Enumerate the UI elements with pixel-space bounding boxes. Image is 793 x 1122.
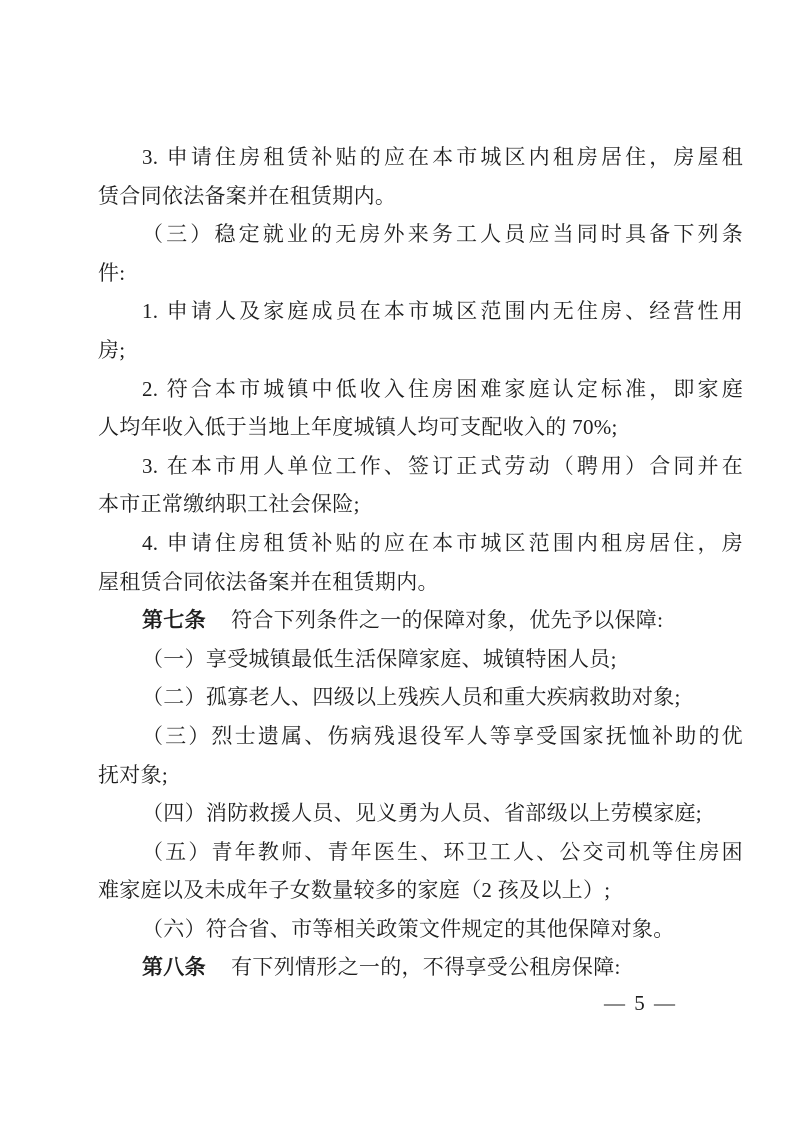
text-line: （六）符合省、市等相关政策文件规定的其他保障对象。 [98, 910, 743, 949]
paragraph: 2. 符合本市城镇中低收入住房困难家庭认定标准，即家庭人均年收入低于当地上年度城… [98, 370, 743, 447]
paragraph: （二）孤寡老人、四级以上残疾人员和重大疾病救助对象; [98, 678, 743, 717]
text-line: 1. 申请人及家庭成员在本市城区范围内无住房、经营性用 [98, 292, 743, 331]
text-line: （四）消防救援人员、见义勇为人员、省部级以上劳模家庭; [98, 794, 743, 833]
text-line: 3. 在本市用人单位工作、签订正式劳动（聘用）合同并在 [98, 447, 743, 486]
article-paragraph: 第八条有下列情形之一的，不得享受公租房保障: [98, 948, 743, 987]
text-line: 第八条有下列情形之一的，不得享受公租房保障: [98, 948, 743, 987]
article-paragraph: 第七条符合下列条件之一的保障对象，优先予以保障: [98, 601, 743, 640]
text-line: 抚对象; [98, 756, 743, 795]
text-line: （五）青年教师、青年医生、环卫工人、公交司机等住房困 [98, 833, 743, 872]
article-number: 第八条 [142, 955, 206, 979]
text-line: 件: [98, 254, 743, 293]
page-number: — 5 — [604, 988, 677, 1018]
paragraph: （一）享受城镇最低生活保障家庭、城镇特困人员; [98, 640, 743, 679]
paragraph: （四）消防救援人员、见义勇为人员、省部级以上劳模家庭; [98, 794, 743, 833]
text-line: 第七条符合下列条件之一的保障对象，优先予以保障: [98, 601, 743, 640]
text-line: 4. 申请住房租赁补贴的应在本市城区范围内租房居住，房 [98, 524, 743, 563]
paragraph: （三）稳定就业的无房外来务工人员应当同时具备下列条件: [98, 215, 743, 292]
text-line: 2. 符合本市城镇中低收入住房困难家庭认定标准，即家庭 [98, 370, 743, 409]
document-body: 3. 申请住房租赁补贴的应在本市城区内租房居住，房屋租赁合同依法备案并在租赁期内… [98, 138, 743, 987]
text-line: 屋租赁合同依法备案并在租赁期内。 [98, 563, 743, 602]
paragraph: 4. 申请住房租赁补贴的应在本市城区范围内租房居住，房屋租赁合同依法备案并在租赁… [98, 524, 743, 601]
article-text: 有下列情形之一的，不得享受公租房保障: [231, 955, 621, 979]
text-line: （三）烈士遗属、伤病残退役军人等享受国家抚恤补助的优 [98, 717, 743, 756]
paragraph: （六）符合省、市等相关政策文件规定的其他保障对象。 [98, 910, 743, 949]
text-line: 房; [98, 331, 743, 370]
text-line: （一）享受城镇最低生活保障家庭、城镇特困人员; [98, 640, 743, 679]
document-page: 3. 申请住房租赁补贴的应在本市城区内租房居住，房屋租赁合同依法备案并在租赁期内… [0, 0, 793, 1122]
paragraph: 3. 在本市用人单位工作、签订正式劳动（聘用）合同并在本市正常缴纳职工社会保险; [98, 447, 743, 524]
article-text: 符合下列条件之一的保障对象，优先予以保障: [231, 608, 663, 632]
text-line: 难家庭以及未成年子女数量较多的家庭（2 孩及以上）; [98, 871, 743, 910]
text-line: 赁合同依法备案并在租赁期内。 [98, 177, 743, 216]
text-line: （二）孤寡老人、四级以上残疾人员和重大疾病救助对象; [98, 678, 743, 717]
text-line: （三）稳定就业的无房外来务工人员应当同时具备下列条 [98, 215, 743, 254]
article-number: 第七条 [142, 608, 206, 632]
paragraph: （五）青年教师、青年医生、环卫工人、公交司机等住房困难家庭以及未成年子女数量较多… [98, 833, 743, 910]
text-line: 3. 申请住房租赁补贴的应在本市城区内租房居住，房屋租 [98, 138, 743, 177]
paragraph: （三）烈士遗属、伤病残退役军人等享受国家抚恤补助的优抚对象; [98, 717, 743, 794]
text-line: 人均年收入低于当地上年度城镇人均可支配收入的 70%; [98, 408, 743, 447]
paragraph: 1. 申请人及家庭成员在本市城区范围内无住房、经营性用房; [98, 292, 743, 369]
paragraph: 3. 申请住房租赁补贴的应在本市城区内租房居住，房屋租赁合同依法备案并在租赁期内… [98, 138, 743, 215]
text-line: 本市正常缴纳职工社会保险; [98, 485, 743, 524]
